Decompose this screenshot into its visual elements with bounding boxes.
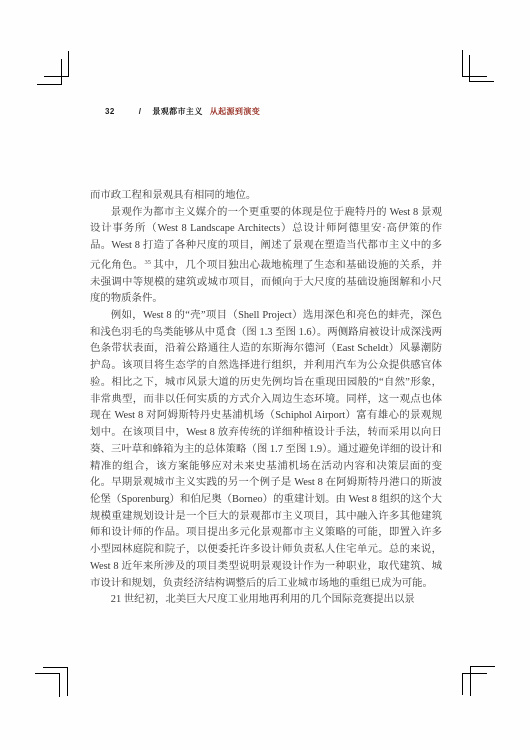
paragraph-21st-century: 21 世纪初，北美巨大尺度工业用地再利用的几个国际竞赛提出以景: [90, 592, 442, 609]
book-page: 32 / 景观都市主义 从起源到演变 而市政工程和景观具有相同的地位。 景观作为…: [0, 0, 530, 750]
paragraph-shell-project: 例如，West 8 的“壳”项目（Shell Project）选用深色和亮色的蚌…: [90, 308, 442, 592]
crop-mark-top-left-inner: [37, 59, 62, 85]
footnote-reference: 35: [145, 259, 152, 266]
page-body: 而市政工程和景观具有相同的地位。 景观作为都市主义媒介的一个更重要的体现是位于鹿…: [90, 188, 442, 609]
crop-mark-bottom-right-inner: [462, 673, 487, 695]
chapter-title: 从起源到演变: [210, 106, 260, 117]
paragraph-west8-intro: 景观作为都市主义媒介的一个更重要的体现是位于鹿特丹的 West 8 景观设计事务…: [90, 205, 442, 308]
crop-mark-top-right-inner: [462, 50, 487, 77]
paragraph-continued: 而市政工程和景观具有相同的地位。: [90, 188, 442, 205]
running-head: 32 / 景观都市主义 从起源到演变: [105, 106, 260, 117]
header-separator: /: [139, 107, 142, 116]
crop-mark-bottom-left-inner: [35, 673, 60, 697]
page-number: 32: [105, 107, 115, 116]
book-title: 景观都市主义: [152, 106, 202, 117]
